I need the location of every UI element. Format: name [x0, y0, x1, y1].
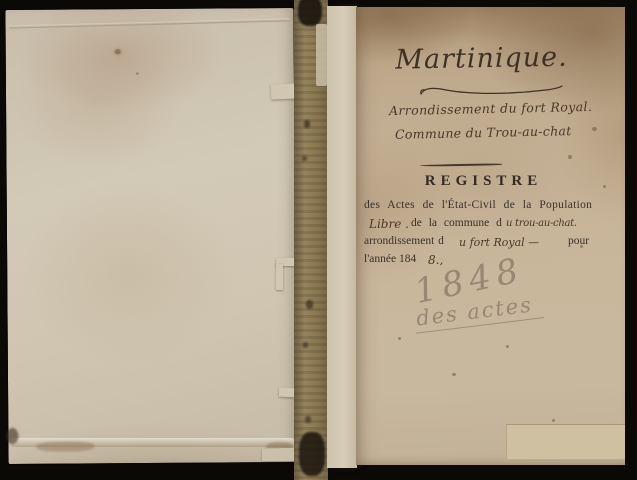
stain-smudge: [36, 441, 94, 451]
annee-filled-handwritten: 8.,: [428, 253, 443, 267]
register-body-line1: des Actes de l'État-Civil de la Populati…: [364, 199, 604, 211]
stain-spot: [552, 419, 555, 422]
register-title-page: Martinique. Arrondissement du fort Royal…: [356, 7, 625, 465]
region-title: Martinique.: [356, 41, 626, 77]
page-guard-strip: [327, 6, 357, 468]
underlying-page-edge: [506, 424, 625, 459]
population-libre-handwritten: Libre .: [369, 217, 409, 231]
stain-spot: [506, 345, 509, 348]
binding-dark-spot: [302, 156, 307, 161]
stain-spot: [580, 245, 583, 248]
commune-handwritten: Commune du Trou-au-chat: [395, 123, 572, 142]
commune-printed: de la commune d: [411, 217, 502, 229]
paper-crease-line: [9, 18, 290, 28]
register-body-line2: Libre . de la commune d u trou-au-chat.: [356, 217, 625, 233]
paper-remnant: [316, 24, 327, 86]
stain-smudge: [6, 428, 18, 444]
register-heading: REGISTRE: [356, 173, 625, 190]
stain-spot: [452, 373, 456, 376]
stain-spot: [568, 155, 572, 159]
binding-dark-patch: [299, 432, 325, 476]
binding-dark-spot: [303, 342, 308, 348]
scanned-register-photo: Martinique. Arrondissement du fort Royal…: [0, 0, 637, 480]
commune-filled-handwritten: u trou-au-chat.: [506, 218, 577, 229]
arrondissement-filled-handwritten: u fort Royal —: [459, 236, 539, 249]
binding-dark-spot: [304, 120, 310, 128]
binding-dark-spot: [305, 416, 311, 423]
binding-dark-spot: [306, 300, 313, 309]
arrondissement-handwritten: Arrondissement du fort Royal.: [389, 99, 593, 118]
register-body-line3: arrondissement d u fort Royal — pour: [356, 235, 625, 251]
pour-printed: pour: [568, 235, 589, 247]
stain-spot: [398, 337, 401, 340]
binding-dark-patch: [298, 0, 322, 26]
stain-spot: [592, 127, 597, 131]
stain-spot: [136, 72, 139, 75]
annee-printed: l'année 184: [364, 253, 416, 265]
separator-rule: [420, 163, 502, 166]
stain-spot: [115, 49, 121, 54]
left-blank-page: [5, 8, 296, 464]
arrondissement-printed: arrondissement d: [364, 235, 444, 247]
torn-paper-stub: [276, 264, 283, 290]
binding-strip: [294, 0, 328, 480]
stain-spot: [603, 185, 606, 188]
title-underline-flourish: [418, 83, 564, 99]
